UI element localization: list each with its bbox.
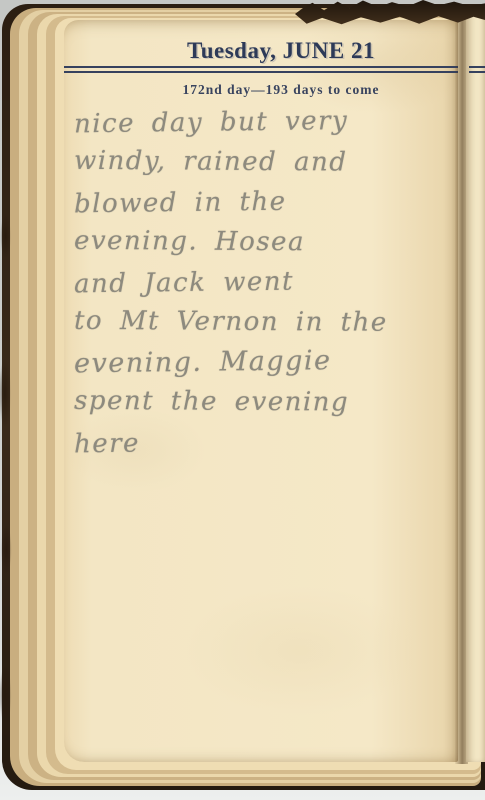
cover-edge-flecks <box>0 180 14 740</box>
handwriting-line: spent the evening <box>74 381 456 423</box>
next-page-sliver <box>466 14 485 762</box>
handwriting-line: to Mt Vernon in the <box>74 301 456 343</box>
handwriting-line: evening. Maggie <box>74 340 456 385</box>
handwriting-line: evening. Hosea <box>74 221 456 263</box>
handwriting-line: blowed in the <box>74 180 456 225</box>
next-page-double-rule <box>469 66 485 73</box>
handwriting-line: here <box>74 420 456 465</box>
header-double-rule <box>64 66 458 73</box>
day-count-line: 172nd day—193 days to come <box>84 82 478 98</box>
handwriting-line: nice day but very <box>74 100 456 145</box>
handwriting-line: and Jack went <box>74 260 456 305</box>
handwriting-line: windy, rained and <box>74 141 456 183</box>
handwritten-entry: nice day but very windy, rained and blow… <box>74 102 456 462</box>
page-header-date: Tuesday, JUNE 21 <box>84 38 478 64</box>
scan-background: Tuesday, JUNE 21 172nd day—193 days to c… <box>0 0 485 800</box>
diary-page: Tuesday, JUNE 21 172nd day—193 days to c… <box>64 20 458 762</box>
